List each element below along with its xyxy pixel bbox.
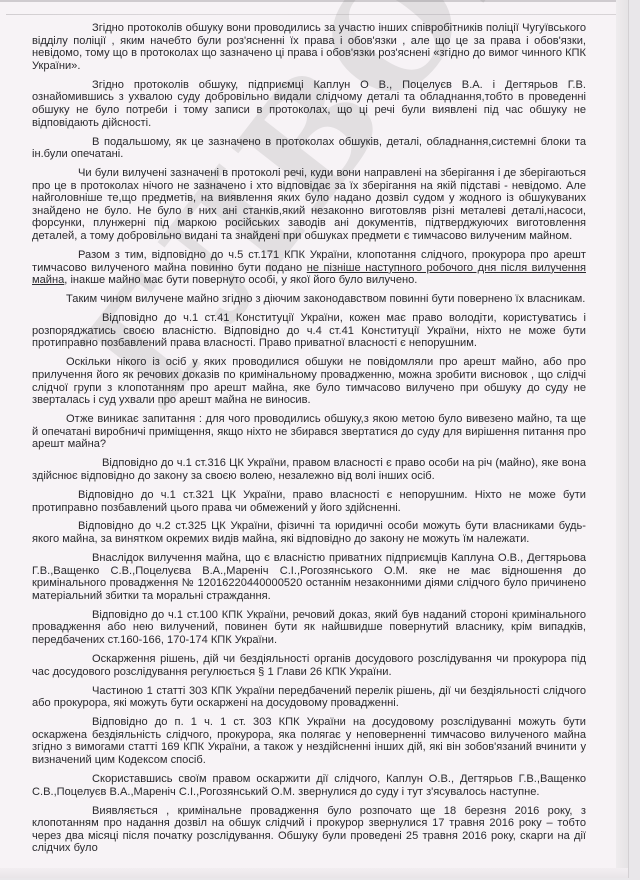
scan-top-rule [6, 14, 618, 15]
paragraph-court-appeal: Скориставшись своїм правом оскаржити дії… [32, 773, 586, 798]
paragraph-civil-code-316: Відповідно до ч.1 ст.316 ЦК України, пра… [32, 457, 586, 482]
paragraph-timeline: Виявляється , кримінальне провадження бу… [32, 805, 586, 855]
paragraph-no-arrest-notice: Оскільки нікого із осіб у яких проводили… [32, 356, 586, 406]
scanned-document-page: ГЛВОР.NET Згідно протоколів обшуку вони … [0, 0, 629, 878]
paragraph-storage-unknown: Чи були вилучені зазначені в протоколі р… [32, 167, 586, 243]
paragraph-search-participants: Згідно протоколів обшуку вони проводилис… [32, 22, 586, 72]
article-171-text-after: , інакше майно має бути повернуто особі,… [64, 274, 417, 286]
paragraph-cpc-303-clause-1: Відповідно до п. 1 ч. 1 ст. 303 КПК Укра… [32, 716, 586, 766]
paragraph-damages: Внаслідок вилучення майна, що є власніст… [32, 552, 586, 602]
paragraph-appeal-chapter-26: Оскарження рішень, дій чи бездіяльності … [32, 653, 586, 678]
paragraph-constitution-41: Відповідно до ч.1 ст.41 Конституції Укра… [32, 312, 586, 350]
paragraph-cpc-100: Відповідно до ч.1 ст.100 КПК України, ре… [32, 609, 586, 647]
scan-right-edge [616, 0, 628, 878]
paragraph-question: Отже виникає запитання : для чого провод… [32, 413, 586, 451]
scan-bottom-edge [0, 868, 628, 878]
paragraph-cpc-303-part-1: Частиною 1 статті 303 КПК України передб… [32, 685, 586, 710]
paragraph-civil-code-325: Відповідно до ч.2 ст.325 ЦК України, фіз… [32, 520, 586, 545]
paragraph-sealed-items: В подальшому, як це зазначено в протокол… [32, 136, 586, 161]
paragraph-return-property: Таким чином вилучене майно згідно з діюч… [32, 293, 586, 306]
document-body: Згідно протоколів обшуку вони проводилис… [32, 22, 586, 861]
paragraph-civil-code-321: Відповідно до ч.1 ст.321 ЦК України, пра… [32, 489, 586, 514]
paragraph-article-171: Разом з тим, відповідно до ч.5 ст.171 КП… [32, 249, 586, 287]
paragraph-voluntary-surrender: Згідно протоколів обшуку, підприємці Кап… [32, 79, 586, 129]
